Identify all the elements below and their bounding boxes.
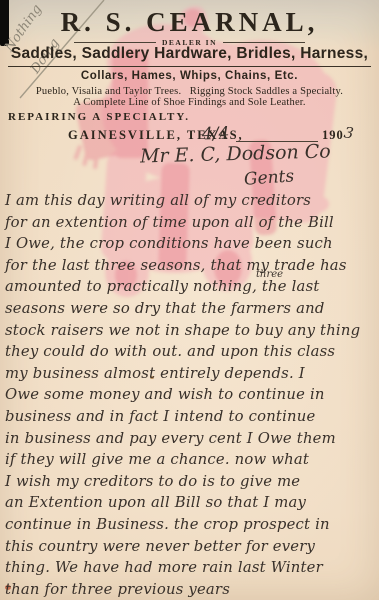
body-line: they could do with out. and upon this cl… [5, 341, 376, 363]
main-products-line: Saddles, Saddlery Hardware, Bridles, Har… [0, 45, 379, 63]
letter-page: Nothing Doing R. S. CEARNAL, DEALER IN S… [0, 0, 379, 600]
rule-left [74, 42, 156, 43]
body-line: amounted to practically nothing, the las… [5, 276, 376, 298]
body-line: for the last three seasons, that my trad… [5, 255, 376, 277]
company-name: R. S. CEARNAL, [0, 7, 379, 38]
rule-right [223, 42, 305, 43]
body-line: my business almost entirely depends. I [5, 363, 376, 385]
body-line: thing. We have had more rain last Winter [5, 557, 376, 579]
body-line: continue in Business. the crop prospect … [5, 514, 376, 536]
horizontal-rule [8, 66, 371, 67]
body-line: stock raisers we not in shape to buy any… [5, 320, 376, 342]
body-line: business and in fact I intend to continu… [5, 406, 376, 428]
salutation-line: Gents [243, 166, 294, 189]
body-line: seasons were so dry that the farmers and [5, 298, 376, 320]
body-line: in business and pay every cent I Owe the… [5, 428, 376, 450]
body-line: for an extention of time upon all of the… [5, 212, 376, 234]
trees-specialty-line: Pueblo, Visalia and Taylor Trees. Riggin… [0, 86, 379, 97]
repairing-specialty-line: REPAIRING A SPECIALTY. [8, 111, 190, 123]
body-line: I am this day writing all of my creditor… [5, 190, 376, 212]
body-line: than for three previous years [5, 579, 376, 600]
body-line: this country were never better for every [5, 536, 376, 558]
shoe-findings-line: A Complete Line of Shoe Findings and Sol… [0, 97, 379, 108]
body-line: if they will give me a chance. now what [5, 449, 376, 471]
handwritten-date: 4/4 [202, 124, 230, 145]
body-line: I wish my creditors to do is to give me [5, 471, 376, 493]
body-line: Owe some money and wish to continue in [5, 384, 376, 406]
body-line: I Owe, the crop conditions have been suc… [5, 233, 376, 255]
body-line: an Extention upon all Bill so that I may [5, 492, 376, 514]
letter-body: I am this day writing all of my creditor… [5, 190, 376, 600]
sub-products-line: Collars, Hames, Whips, Chains, Etc. [0, 70, 379, 82]
